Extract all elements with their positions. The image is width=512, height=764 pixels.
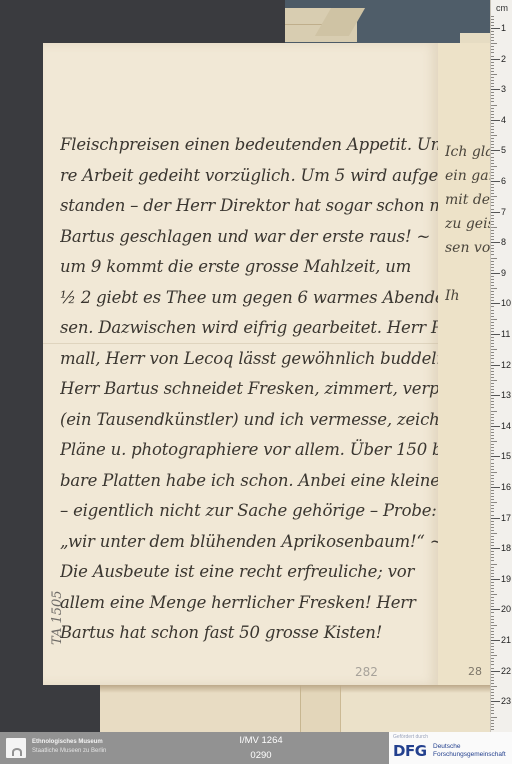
- lower-folded-sheet: [100, 685, 490, 732]
- ruler-tick: [491, 723, 494, 724]
- ruler-tick: [491, 358, 494, 359]
- ruler-label: 19: [501, 574, 511, 584]
- ruler-tick: [491, 545, 494, 546]
- ruler-tick: [491, 655, 497, 656]
- ruler-tick: [491, 62, 494, 63]
- ruler-tick: [491, 28, 500, 29]
- ruler-tick: [491, 515, 494, 516]
- ruler-tick: [491, 261, 494, 262]
- ruler-tick: [491, 539, 494, 540]
- ruler-tick: [491, 475, 494, 476]
- ruler-tick: [491, 612, 494, 613]
- ruler-tick: [491, 288, 497, 289]
- ruler-tick: [491, 536, 494, 537]
- handwritten-text: Fleischpreisen einen bedeutenden Appetit…: [60, 130, 438, 649]
- text-line: – eigentlich nicht zur Sache gehörige – …: [60, 496, 438, 527]
- ruler-tick: [491, 224, 494, 225]
- ruler-tick: [491, 511, 494, 512]
- ruler-tick: [491, 325, 494, 326]
- ruler-tick: [491, 98, 494, 99]
- ruler-tick: [491, 172, 494, 173]
- ruler-tick: [491, 196, 497, 197]
- ruler-tick: [491, 264, 494, 265]
- ruler-tick: [491, 105, 497, 106]
- ruler-tick: [491, 135, 497, 136]
- ruler-tick: [491, 588, 494, 589]
- ruler-tick: [491, 505, 494, 506]
- ruler-tick: [491, 401, 494, 402]
- ruler-label: 15: [501, 451, 511, 461]
- ruler-tick: [491, 209, 494, 210]
- ruler-tick: [491, 313, 494, 314]
- ruler-tick: [491, 386, 494, 387]
- ruler-label: 10: [501, 298, 511, 308]
- ruler-tick: [491, 59, 500, 60]
- ruler-tick: [491, 420, 494, 421]
- ruler-label: 3: [501, 84, 506, 94]
- sponsor-box: Gefördert durch DFG Deutsche Forschungsg…: [389, 732, 512, 764]
- ruler-tick: [491, 95, 494, 96]
- ruler-tick: [491, 392, 494, 393]
- ruler-tick: [491, 144, 494, 145]
- ruler-tick: [491, 414, 494, 415]
- ruler-tick: [491, 502, 497, 503]
- ruler-tick: [491, 126, 494, 127]
- ruler-label: 11: [501, 329, 510, 339]
- ruler-tick: [491, 548, 500, 549]
- ruler-tick: [491, 157, 494, 158]
- ruler-tick: [491, 551, 494, 552]
- ruler-tick: [491, 695, 494, 696]
- ruler-tick: [491, 609, 500, 610]
- ruler-tick: [491, 619, 494, 620]
- ruler-tick: [491, 631, 494, 632]
- ruler-label: 9: [501, 268, 506, 278]
- text-line: Herr Bartus schneidet Fresken, zimmert, …: [60, 374, 438, 405]
- ruler-tick: [491, 212, 500, 213]
- ruler-tick: [491, 441, 497, 442]
- ruler-tick: [491, 163, 494, 164]
- ruler-tick: [491, 444, 494, 445]
- ruler-tick: [491, 720, 494, 721]
- ruler-tick: [491, 178, 494, 179]
- ruler-tick: [491, 463, 494, 464]
- ruler-tick: [491, 649, 494, 650]
- ruler-tick: [491, 524, 494, 525]
- ruler-tick: [491, 374, 494, 375]
- ruler-tick: [491, 576, 494, 577]
- ruler-tick: [491, 65, 494, 66]
- ruler-tick: [491, 22, 494, 23]
- ruler-tick: [491, 199, 494, 200]
- ruler-tick: [491, 677, 494, 678]
- footer-bar: Ethnologisches Museum Staatliche Museen …: [0, 732, 512, 764]
- dfg-logo-icon: DFG: [393, 742, 427, 760]
- ruler-tick: [491, 40, 494, 41]
- ruler-tick: [491, 395, 500, 396]
- side-text-line: mit den: [445, 188, 490, 212]
- ruler-tick: [491, 150, 500, 151]
- ruler-tick: [491, 521, 494, 522]
- ruler-tick: [491, 31, 494, 32]
- ruler-tick: [491, 530, 494, 531]
- ruler-label: 14: [501, 421, 511, 431]
- ruler-tick: [491, 469, 494, 470]
- ruler-tick: [491, 661, 494, 662]
- ruler-tick: [491, 389, 494, 390]
- ruler-tick: [491, 306, 494, 307]
- ruler-tick: [491, 481, 494, 482]
- ruler-tick: [491, 671, 500, 672]
- ruler-tick: [491, 597, 494, 598]
- ruler-tick: [491, 190, 494, 191]
- ruler-tick: [491, 215, 494, 216]
- ruler-tick: [491, 328, 494, 329]
- ruler-label: 13: [501, 390, 511, 400]
- ruler-tick: [491, 37, 494, 38]
- ruler-tick: [491, 371, 494, 372]
- text-line: Bartus hat schon fast 50 grosse Kisten!: [60, 618, 438, 649]
- ruler-tick: [491, 303, 500, 304]
- ruler-tick: [491, 686, 497, 687]
- ruler-tick: [491, 652, 494, 653]
- ruler-tick: [491, 490, 494, 491]
- ruler-tick: [491, 218, 494, 219]
- text-line: (ein Tausendkünstler) und ich vermesse, …: [60, 405, 438, 436]
- ruler-tick: [491, 166, 497, 167]
- ruler-tick: [491, 267, 494, 268]
- ruler-tick: [491, 518, 500, 519]
- ruler-tick: [491, 664, 494, 665]
- ruler-tick: [491, 591, 494, 592]
- ruler-tick: [491, 625, 497, 626]
- ruler-tick: [491, 181, 500, 182]
- ruler-tick: [491, 43, 497, 44]
- ruler-tick: [491, 713, 494, 714]
- ruler-tick: [491, 52, 494, 53]
- ruler-tick: [491, 637, 494, 638]
- ruler-tick: [491, 432, 494, 433]
- ruler-tick: [491, 435, 494, 436]
- ruler-tick: [491, 729, 494, 730]
- ruler-tick: [491, 16, 494, 17]
- text-line: mall, Herr von Lecoq lässt gewöhnlich bu…: [60, 344, 438, 375]
- ruler-tick: [491, 368, 494, 369]
- ruler-tick: [491, 25, 494, 26]
- ruler-tick: [491, 83, 494, 84]
- ruler-tick: [491, 643, 494, 644]
- ruler-tick: [491, 447, 494, 448]
- ruler-tick: [491, 138, 494, 139]
- cm-ruler: cm 1234567891011121314151617181920212223: [490, 0, 512, 732]
- ruler-label: 12: [501, 360, 511, 370]
- ruler-tick: [491, 248, 494, 249]
- ruler-tick: [491, 77, 494, 78]
- ruler-tick: [491, 429, 494, 430]
- ruler-tick: [491, 297, 494, 298]
- ruler-tick: [491, 423, 494, 424]
- side-text-line: ein gan: [445, 164, 490, 188]
- ruler-tick: [491, 273, 500, 274]
- ruler-tick: [491, 319, 497, 320]
- ruler-tick: [491, 233, 494, 234]
- ruler-tick: [491, 111, 494, 112]
- ruler-tick: [491, 340, 494, 341]
- ruler-tick: [491, 453, 494, 454]
- ruler-tick: [491, 365, 500, 366]
- ruler-tick: [491, 300, 494, 301]
- ruler-tick: [491, 86, 494, 87]
- ruler-label: 4: [501, 115, 506, 125]
- ruler-tick: [491, 579, 500, 580]
- sponsor-name-line1: Deutsche: [433, 743, 460, 750]
- text-line: Pläne u. photographiere vor allem. Über …: [60, 435, 438, 466]
- ruler-tick: [491, 153, 494, 154]
- ruler-tick: [491, 567, 494, 568]
- ruler-tick: [491, 227, 497, 228]
- ruler-tick: [491, 160, 494, 161]
- ruler-unit-label: cm: [496, 3, 508, 13]
- ruler-tick: [491, 701, 500, 702]
- ruler-tick: [491, 616, 494, 617]
- ruler-tick: [491, 377, 494, 378]
- ruler-tick: [491, 478, 494, 479]
- ruler-tick: [491, 254, 494, 255]
- ruler-label: 7: [501, 207, 506, 217]
- ruler-label: 5: [501, 145, 506, 155]
- ruler-tick: [491, 46, 494, 47]
- ruler-tick: [491, 380, 497, 381]
- ruler-tick: [491, 404, 494, 405]
- inventory-mark: TA 1505: [50, 590, 65, 645]
- side-text-line: [445, 260, 490, 284]
- ruler-tick: [491, 634, 494, 635]
- sponsor-caption: Gefördert durch: [393, 734, 428, 740]
- ruler-tick: [491, 456, 500, 457]
- ruler-tick: [491, 282, 494, 283]
- text-line: Bartus geschlagen und war der erste raus…: [60, 222, 438, 253]
- ruler-tick: [491, 564, 497, 565]
- ruler-tick: [491, 169, 494, 170]
- adjacent-page-number: 28: [468, 665, 482, 678]
- ruler-tick: [491, 114, 494, 115]
- ruler-label: 18: [501, 543, 511, 553]
- ruler-tick: [491, 466, 494, 467]
- page-number: 282: [355, 665, 378, 679]
- text-line: standen – der Herr Direktor hat sogar sc…: [60, 191, 438, 222]
- ruler-tick: [491, 606, 494, 607]
- ruler-tick: [491, 683, 494, 684]
- ruler-tick: [491, 337, 494, 338]
- ruler-tick: [491, 570, 494, 571]
- scan-viewport: Fleischpreisen einen bedeutenden Appetit…: [0, 0, 512, 732]
- ruler-tick: [491, 704, 494, 705]
- ruler-tick: [491, 668, 494, 669]
- ruler-tick: [491, 251, 494, 252]
- ruler-tick: [491, 270, 494, 271]
- ruler-label: 20: [501, 604, 511, 614]
- ruler-tick: [491, 407, 494, 408]
- ruler-tick: [491, 459, 494, 460]
- ruler-tick: [491, 242, 500, 243]
- ruler-tick: [491, 582, 494, 583]
- ruler-tick: [491, 508, 494, 509]
- ruler-tick: [491, 717, 497, 718]
- ruler-tick: [491, 56, 494, 57]
- ruler-tick: [491, 533, 497, 534]
- ruler-label: 21: [501, 635, 511, 645]
- text-line: re Arbeit gedeiht vorzüglich. Um 5 wird …: [60, 161, 438, 192]
- ruler-tick: [491, 132, 494, 133]
- text-line: sen. Dazwischen wird eifrig gearbeitet. …: [60, 313, 438, 344]
- ruler-tick: [491, 205, 494, 206]
- ruler-tick: [491, 640, 500, 641]
- ruler-tick: [491, 417, 494, 418]
- ruler-tick: [491, 343, 494, 344]
- ruler-tick: [491, 493, 494, 494]
- ruler-tick: [491, 108, 494, 109]
- ruler-label: 23: [501, 696, 511, 706]
- ruler-tick: [491, 674, 494, 675]
- ruler-tick: [491, 68, 494, 69]
- ruler-label: 6: [501, 176, 506, 186]
- text-line: Die Ausbeute ist eine recht erfreuliche;…: [60, 557, 438, 588]
- text-line: ½ 2 giebt es Thee um gegen 6 warmes Aben…: [60, 283, 438, 314]
- ruler-tick: [491, 628, 494, 629]
- ruler-tick: [491, 554, 494, 555]
- ruler-label: 22: [501, 666, 511, 676]
- text-line: allem eine Menge herrlicher Fresken! Her…: [60, 588, 438, 619]
- side-text-line: sen von: [445, 236, 490, 260]
- ruler-tick: [491, 698, 494, 699]
- text-line: um 9 kommt die erste grosse Mahlzeit, um: [60, 252, 438, 283]
- ruler-tick: [491, 411, 497, 412]
- ruler-tick: [491, 49, 494, 50]
- ruler-tick: [491, 573, 494, 574]
- ruler-tick: [491, 398, 494, 399]
- ruler-label: 8: [501, 237, 506, 247]
- ruler-tick: [491, 141, 494, 142]
- ruler-tick: [491, 117, 494, 118]
- ruler-tick: [491, 230, 494, 231]
- ruler-tick: [491, 129, 494, 130]
- ruler-label: 17: [501, 513, 511, 523]
- ruler-tick: [491, 34, 494, 35]
- ruler-label: 1: [501, 23, 506, 33]
- ruler-tick: [491, 147, 494, 148]
- ruler-tick: [491, 19, 494, 20]
- ruler-label: 2: [501, 54, 506, 64]
- ruler-tick: [491, 120, 500, 121]
- ruler-tick: [491, 527, 494, 528]
- ruler-tick: [491, 349, 497, 350]
- ruler-tick: [491, 680, 494, 681]
- sponsor-name-line2: Forschungsgemeinschaft: [433, 751, 506, 758]
- ruler-tick: [491, 542, 494, 543]
- ruler-tick: [491, 622, 494, 623]
- ruler-tick: [491, 331, 494, 332]
- ruler-tick: [491, 646, 494, 647]
- ruler-tick: [491, 279, 494, 280]
- ruler-tick: [491, 484, 494, 485]
- ruler-tick: [491, 426, 500, 427]
- ruler-tick: [491, 355, 494, 356]
- ruler-tick: [491, 294, 494, 295]
- ruler-tick: [491, 193, 494, 194]
- ruler-tick: [491, 585, 494, 586]
- ruler-tick: [491, 383, 494, 384]
- ruler-tick: [491, 692, 494, 693]
- ruler-tick: [491, 291, 494, 292]
- ruler-tick: [491, 202, 494, 203]
- ruler-tick: [491, 258, 497, 259]
- side-text-line: zu geis: [445, 212, 490, 236]
- ruler-tick: [491, 658, 494, 659]
- ruler-tick: [491, 710, 494, 711]
- adjacent-page-text: Ich glau ein gan mit den zu geis sen von…: [445, 140, 490, 308]
- ruler-tick: [491, 594, 497, 595]
- ruler-tick: [491, 603, 494, 604]
- ruler-tick: [491, 310, 494, 311]
- ruler-tick: [491, 322, 494, 323]
- ruler-tick: [491, 450, 494, 451]
- ruler-tick: [491, 80, 494, 81]
- ruler-tick: [491, 362, 494, 363]
- ruler-tick: [491, 726, 494, 727]
- ruler-tick: [491, 184, 494, 185]
- ruler-tick: [491, 438, 494, 439]
- text-line: „wir unter dem blühenden Aprikosenbaum!“…: [60, 527, 438, 558]
- side-text-line: Ich glau: [445, 140, 490, 164]
- ruler-label: 16: [501, 482, 511, 492]
- ruler-tick: [491, 600, 494, 601]
- ruler-tick: [491, 285, 494, 286]
- ruler-tick: [491, 221, 494, 222]
- ruler-tick: [491, 101, 494, 102]
- text-line: bare Platten habe ich schon. Anbei eine …: [60, 466, 438, 497]
- ruler-tick: [491, 245, 494, 246]
- ruler-tick: [491, 74, 497, 75]
- ruler-tick: [491, 352, 494, 353]
- ruler-tick: [491, 316, 494, 317]
- ruler-tick: [491, 236, 494, 237]
- ruler-tick: [491, 276, 494, 277]
- ruler-tick: [491, 239, 494, 240]
- ruler-tick: [491, 472, 497, 473]
- ruler-tick: [491, 557, 494, 558]
- ruler-tick: [491, 487, 500, 488]
- ruler-tick: [491, 187, 494, 188]
- ruler-tick: [491, 496, 494, 497]
- ruler-tick: [491, 560, 494, 561]
- text-line: Fleischpreisen einen bedeutenden Appetit…: [60, 130, 438, 161]
- side-text-line: Ih: [445, 284, 490, 308]
- ruler-tick: [491, 689, 494, 690]
- ruler-tick: [491, 346, 494, 347]
- ruler-tick: [491, 334, 500, 335]
- ruler-tick: [491, 123, 494, 124]
- ruler-tick: [491, 71, 494, 72]
- ruler-tick: [491, 89, 500, 90]
- ruler-tick: [491, 175, 494, 176]
- ruler-tick: [491, 499, 494, 500]
- ruler-tick: [491, 707, 494, 708]
- ruler-tick: [491, 92, 494, 93]
